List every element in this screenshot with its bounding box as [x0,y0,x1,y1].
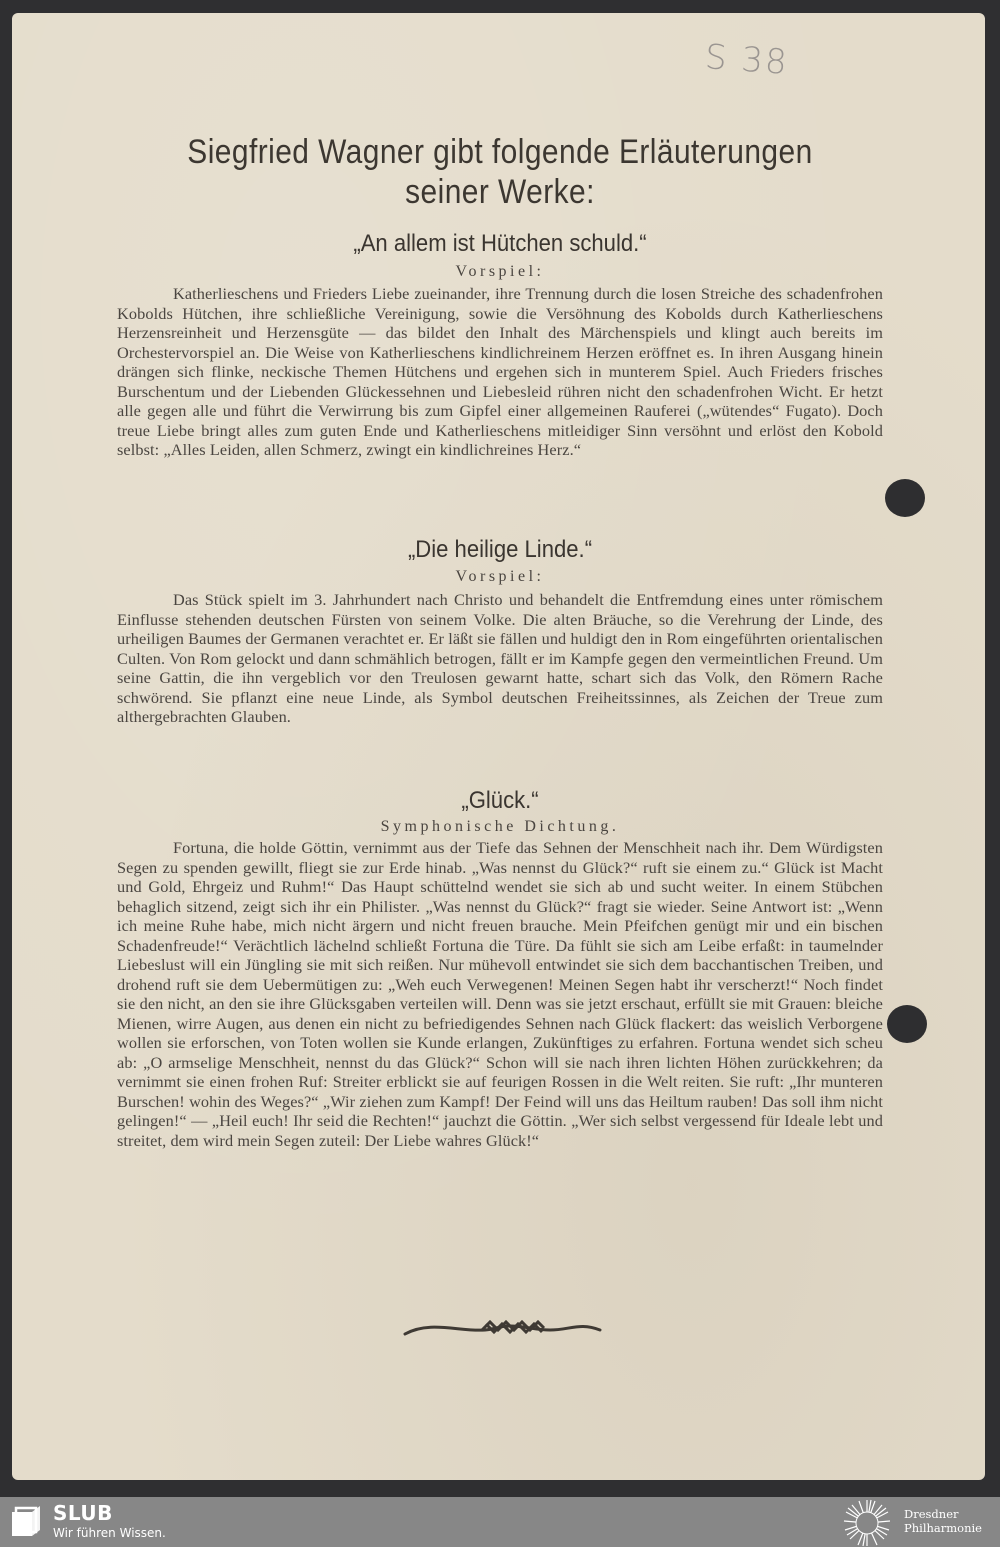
section-subtitle-linde: Vorspiel: [100,567,900,587]
dresdner-philharmonie-name: Dresdner Philharmonie [904,1507,982,1535]
section-body-huetchen: Katherlieschens und Frieders Liebe zuein… [117,284,883,460]
handwritten-shelf-mark: S 38 [704,37,790,83]
section-title-huetchen: „An allem ist Hütchen schuld.“ [132,230,868,258]
flourish-ornament-icon [400,1314,605,1342]
footer-bar: SLUB Wir führen Wissen. [0,1497,1000,1547]
slub-book-icon [12,1506,42,1536]
section-title-linde: „Die heilige Linde.“ [132,536,868,564]
title-line-1: Siegfried Wagner gibt folgende Erläuteru… [148,132,852,172]
sunburst-ring-icon [842,1499,892,1547]
section-title-glueck: „Glück.“ [132,787,868,815]
section-body-linde: Das Stück spielt im 3. Jahrhundert nach … [117,590,883,727]
page-title: Siegfried Wagner gibt folgende Erläuteru… [148,132,852,212]
punch-hole [885,479,925,517]
slub-tagline: Wir führen Wissen. [53,1526,166,1540]
title-line-2: seiner Werke: [148,172,852,212]
section-subtitle-glueck: Symphonische Dichtung. [100,817,900,837]
section-body-glueck: Fortuna, die holde Göttin, vernimmt aus … [117,838,883,1150]
section-subtitle-huetchen: Vorspiel: [100,262,900,282]
punch-hole [887,1005,927,1043]
slub-name: SLUB [53,1501,113,1525]
